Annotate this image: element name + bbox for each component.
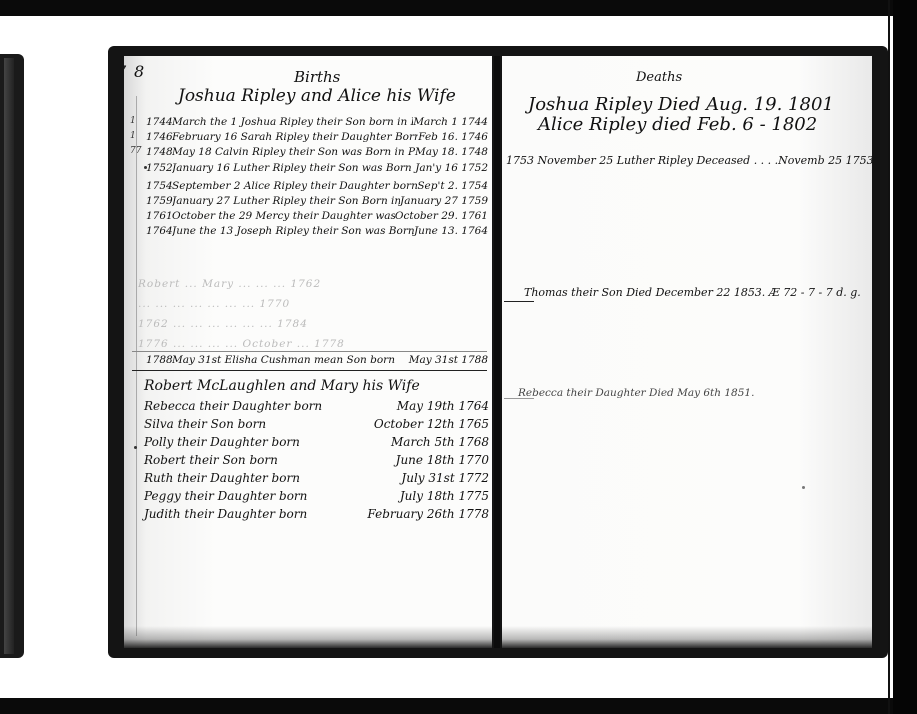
death-entry-rebecca: Rebecca their Daughter Died May 6th 1851… (518, 387, 754, 399)
ink-speck (134, 446, 137, 449)
birth-entry: 11746February 16 Sarah Ripley their Daug… (130, 131, 492, 143)
ink-speck (144, 166, 147, 169)
family-heading: Joshua Ripley and Alice his Wife (178, 86, 456, 106)
death-entry-joshua: Joshua Ripley Died Aug. 19. 1801 (528, 94, 834, 115)
birth-entry: 1752January 16 Luther Ripley their Son w… (130, 162, 492, 174)
birth-entry: Silva their Son bornOctober 12th 1765 (144, 417, 489, 431)
ledger-book: 7 8 Births Joshua Ripley and Alice his W… (108, 46, 888, 658)
cushman-entry: 1788May 31st Elisha Cushman mean Son bor… (130, 354, 492, 366)
faded-entry: ... ... ... ... ... ... ... 1770 (138, 298, 488, 310)
deaths-heading: Deaths (636, 70, 682, 85)
birth-entry: 1761October the 29 Mercy their Daughter … (130, 210, 492, 222)
scan-border-top (0, 0, 917, 16)
birth-entry: Robert their Son bornJune 18th 1770 (144, 453, 489, 467)
ink-speck (802, 486, 805, 489)
divider-rule (504, 301, 534, 302)
birth-entry: 1764June the 13 Joseph Ripley their Son … (130, 225, 492, 237)
divider-rule (132, 351, 487, 352)
births-heading: Births (294, 68, 340, 86)
birth-entry: Ruth their Daughter bornJuly 31st 1772 (144, 471, 489, 485)
birth-entry: Judith their Daughter bornFebruary 26th … (144, 507, 489, 521)
page-bottom-edge (124, 626, 492, 648)
birth-entry: 11744March the 1 Joshua Ripley their Son… (130, 116, 492, 128)
death-entry-alice: Alice Ripley died Feb. 6 - 1802 (538, 114, 817, 135)
faded-entry: 1776 ... ... ... ... October ... 1778 (138, 338, 488, 350)
page-bottom-edge (502, 626, 872, 648)
birth-entry: Rebecca their Daughter bornMay 19th 1764 (144, 399, 489, 413)
births-page: 7 8 Births Joshua Ripley and Alice his W… (124, 56, 492, 648)
birth-entry: 1759January 27 Luther Ripley their Son B… (130, 195, 492, 207)
deaths-page: Deaths Joshua Ripley Died Aug. 19. 1801 … (502, 56, 872, 648)
birth-entry: Peggy their Daughter bornJuly 18th 1775 (144, 489, 489, 503)
book-gutter (494, 56, 500, 648)
scan-border-bottom (0, 698, 917, 714)
margin-rule (136, 96, 137, 636)
scan-border-right (893, 0, 917, 714)
faded-entry: Robert ... Mary ... ... ... 1762 (138, 278, 488, 290)
death-entry-thomas: Thomas their Son Died December 22 1853. … (524, 286, 861, 299)
birth-entry: Polly their Daughter bornMarch 5th 1768 (144, 435, 489, 449)
birth-entry: 1754September 2 Alice Ripley their Daugh… (130, 180, 492, 192)
death-entry-luther: 1753 November 25 Luther Ripley Deceased … (506, 154, 866, 167)
scan-border-line (888, 0, 890, 714)
page-number-left: 7 (124, 62, 126, 81)
divider-rule (132, 370, 487, 371)
family2-heading: Robert McLaughlen and Mary his Wife (144, 378, 420, 394)
page-number-right: 8 (134, 62, 144, 81)
birth-entry: 771748May 18 Calvin Ripley their Son was… (130, 146, 492, 158)
faded-entry: 1762 ... ... ... ... ... ... 1784 (138, 318, 488, 330)
adjacent-page-edge (0, 54, 24, 658)
